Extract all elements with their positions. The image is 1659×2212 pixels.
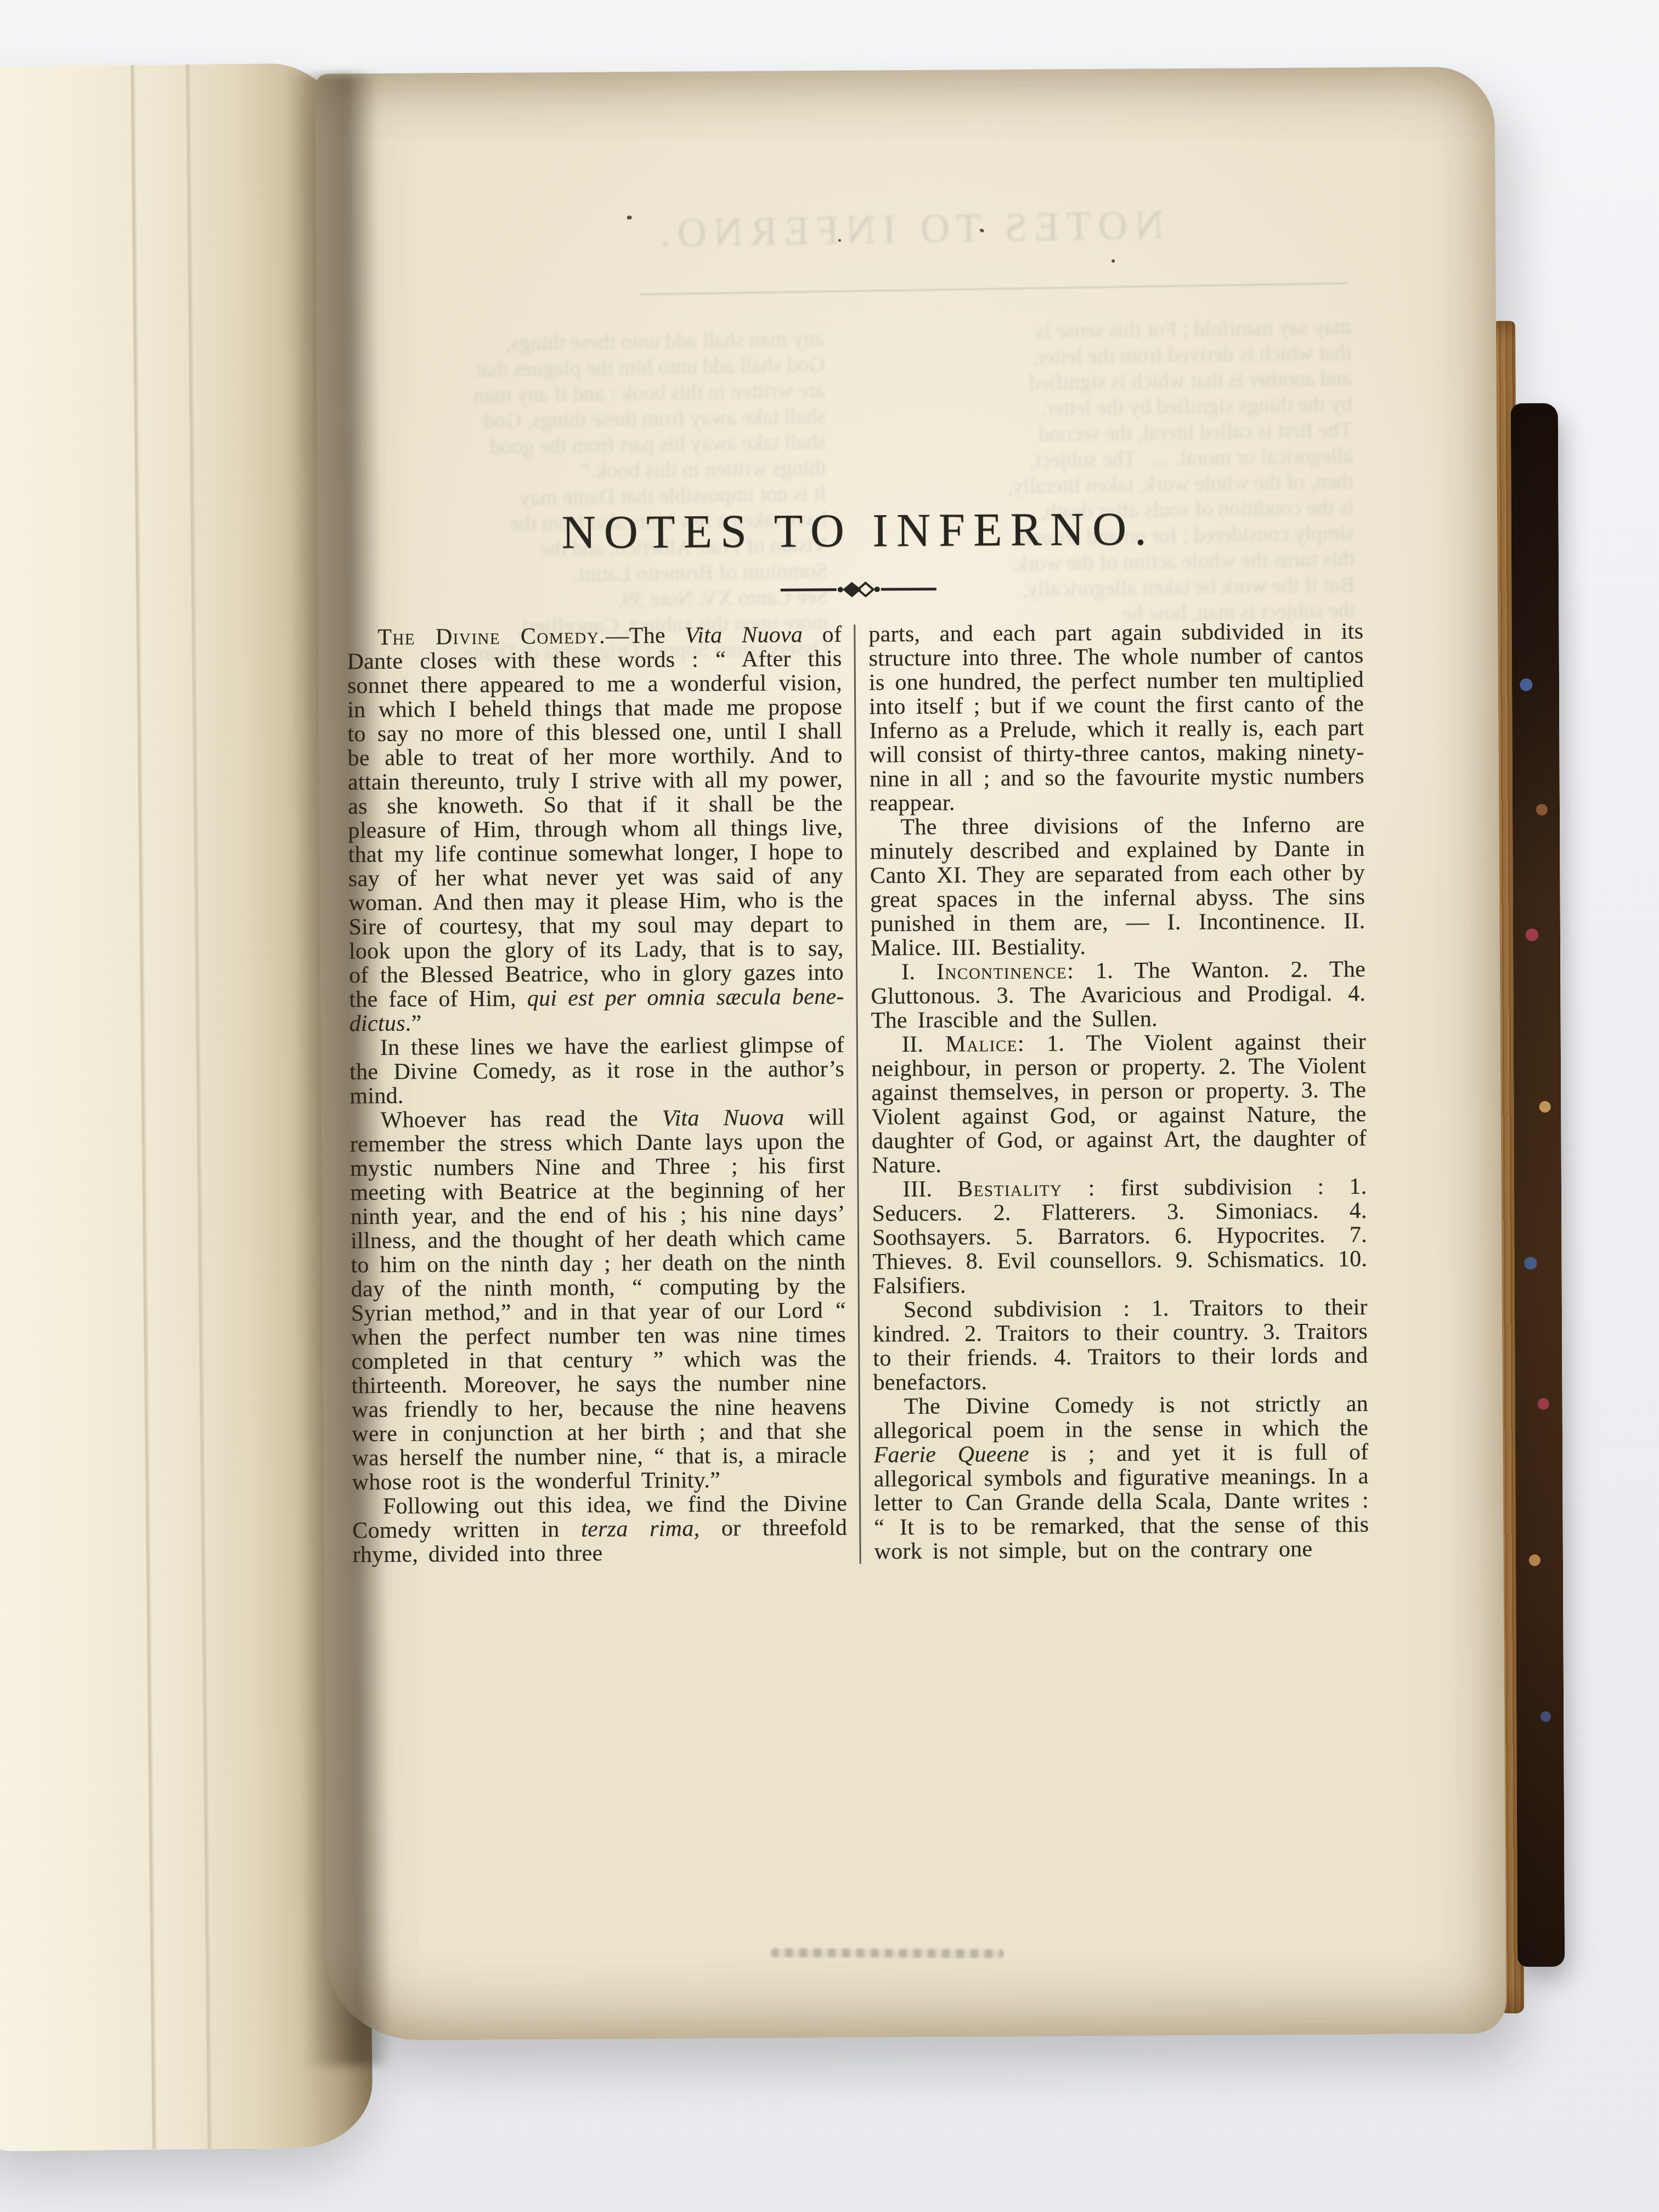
text-run: In these lines we have the earliest glim… — [349, 1032, 844, 1109]
paragraph: In these lines we have the earliest glim… — [349, 1033, 845, 1109]
marbled-binding-edge — [1511, 403, 1565, 1967]
paragraph: Following out this idea, we find the Div… — [352, 1492, 848, 1567]
showthrough-text-left: any man shall add unto these things,God … — [363, 325, 829, 667]
text-run: .” — [405, 1011, 422, 1036]
text-run: terza rima, — [581, 1516, 700, 1542]
showthrough-rule — [640, 283, 1348, 295]
page-title: NOTES TO INFERNO. — [356, 500, 1361, 561]
pencil-smudge-mark — [771, 1948, 1004, 1958]
ink-speck — [1111, 259, 1115, 263]
text-run: Incontinence: — [936, 958, 1075, 985]
paragraph: Second subdivision : 1. Traitors to thei… — [873, 1295, 1368, 1395]
paragraph: The three divisions of the Inferno are m… — [870, 812, 1365, 961]
text-columns: The Divine Comedy.—The Vita Nuova of Dan… — [347, 619, 1369, 1567]
text-run: will remember the stress which Dante lay… — [350, 1105, 847, 1495]
column-divider-rule — [854, 625, 861, 1564]
paragraph: II. Malice: 1. The Violent against their… — [871, 1030, 1367, 1178]
paragraph: I. Incontinence: 1. The Wanton. 2. The G… — [871, 957, 1366, 1033]
text-run: The Divine Comedy is not strictly an all… — [873, 1391, 1368, 1444]
text-run: of Dante closes with these words : “ Aft… — [347, 622, 844, 1012]
paragraph: III. Bestiality : first subdivision : 1.… — [872, 1175, 1367, 1299]
text-run: Faerie Queene — [873, 1442, 1029, 1468]
text-run: The Divine Comedy. — [377, 623, 606, 650]
text-run: Vita Nuova — [685, 622, 803, 648]
text-run: I. — [901, 960, 936, 985]
photo-background: NOTES TO INFERNO. any man shall add unto… — [0, 0, 1659, 2212]
diamond-rule-icon — [776, 579, 941, 600]
text-run: —The — [606, 623, 685, 649]
text-run: The three divisions of the Inferno are m… — [870, 812, 1365, 961]
text-run: Whoever has read the — [381, 1106, 662, 1133]
text-run: Bestiality : — [957, 1176, 1096, 1202]
text-run: Second subdivision : 1. Traitors to thei… — [873, 1295, 1368, 1396]
text-run: II. — [902, 1032, 946, 1057]
ink-speck — [627, 216, 632, 219]
text-run: Vita Nuova — [662, 1105, 785, 1131]
ink-speck — [838, 239, 841, 242]
text-run: parts, and each part again subdivided in… — [868, 619, 1364, 816]
paragraph: Whoever has read the Vita Nuova will rem… — [350, 1105, 847, 1494]
paragraph: parts, and each part again subdivided in… — [868, 619, 1364, 816]
column-right: parts, and each part again subdivided in… — [868, 619, 1369, 1564]
column-left: The Divine Comedy.—The Vita Nuova of Dan… — [347, 623, 847, 1567]
showthrough-title: NOTES TO INFERNO. — [546, 200, 1271, 259]
paragraph: The Divine Comedy.—The Vita Nuova of Dan… — [347, 623, 844, 1036]
text-run: Malice: — [945, 1031, 1025, 1057]
paragraph: The Divine Comedy is not strictly an all… — [873, 1392, 1369, 1564]
book-page: NOTES TO INFERNO. any man shall add unto… — [315, 66, 1506, 2040]
text-run: III. — [902, 1176, 957, 1202]
